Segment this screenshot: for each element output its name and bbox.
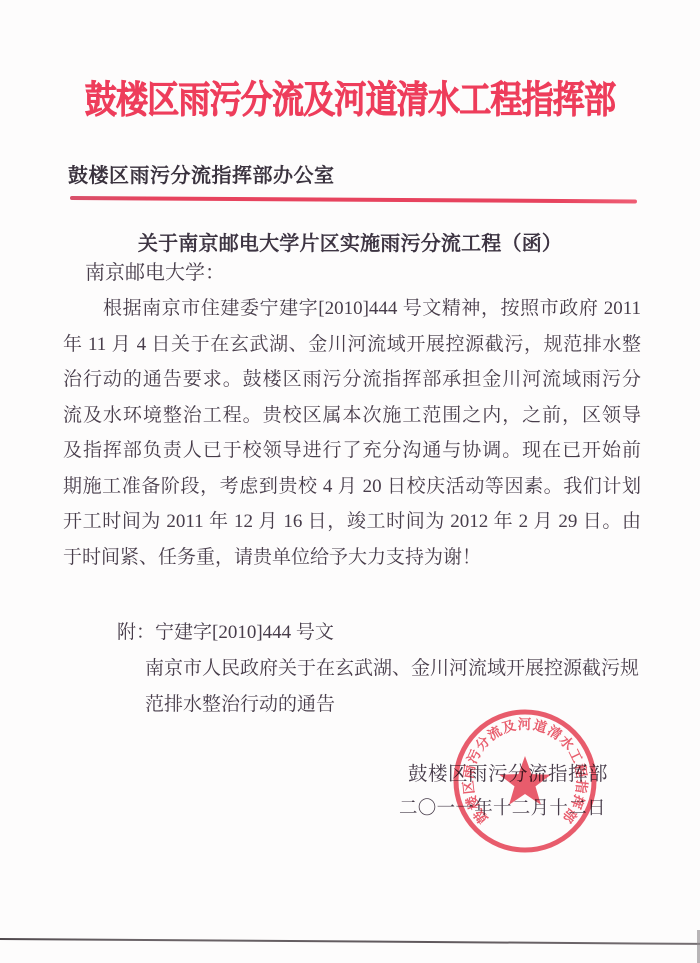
attachment-line: 附：宁建字[2010]444 号文 xyxy=(117,615,657,651)
scanned-letter-page: 鼓楼区雨污分流及河道清水工程指挥部 鼓楼区雨污分流指挥部办公室 关于南京邮电大学… xyxy=(0,0,700,963)
letterhead-divider xyxy=(70,196,637,203)
salutation: 南京邮电大学： xyxy=(85,256,225,285)
letterhead-title: 鼓楼区雨污分流及河道清水工程指挥部 xyxy=(0,70,700,124)
body-line: 流及水环境整治工程。贵校区属本次施工范围之内，之前，区领导 xyxy=(63,398,641,434)
body-line: 及指挥部负责人已于校领导进行了充分沟通与协调。现在已开始前 xyxy=(63,433,641,469)
body-line: 开工时间为 2011 年 12 月 16 日，竣工时间为 2012 年 2 月 … xyxy=(63,504,641,540)
scan-fold-line xyxy=(0,938,700,945)
body-line: 治行动的通告要求。鼓楼区雨污分流指挥部承担金川河流域雨污分 xyxy=(63,362,641,398)
office-name: 鼓楼区雨污分流指挥部办公室 xyxy=(68,159,335,188)
seal-star-icon xyxy=(499,756,550,805)
body-line: 根据南京市住建委宁建字[2010]444 号文精神，按照市政府 2011 xyxy=(63,291,641,327)
attachment-line: 南京市人民政府关于在玄武湖、金川河流域开展控源截污规 xyxy=(117,651,657,687)
body-line: 于时间紧、任务重，请贵单位给予大力支持为谢！ xyxy=(63,540,641,576)
body-paragraph: 根据南京市住建委宁建字[2010]444 号文精神，按照市政府 2011 年 1… xyxy=(63,291,641,575)
body-line: 期施工准备阶段，考虑到贵校 4 月 20 日校庆活动等因素。我们计划 xyxy=(63,469,641,505)
body-line: 年 11 月 4 日关于在玄武湖、金川河流域开展控源截污，规范排水整 xyxy=(63,327,641,363)
document-title: 关于南京邮电大学片区实施雨污分流工程（函） xyxy=(0,227,700,256)
official-seal-stamp: 鼓楼区雨污分流及河道清水工程指挥部 xyxy=(450,703,600,859)
